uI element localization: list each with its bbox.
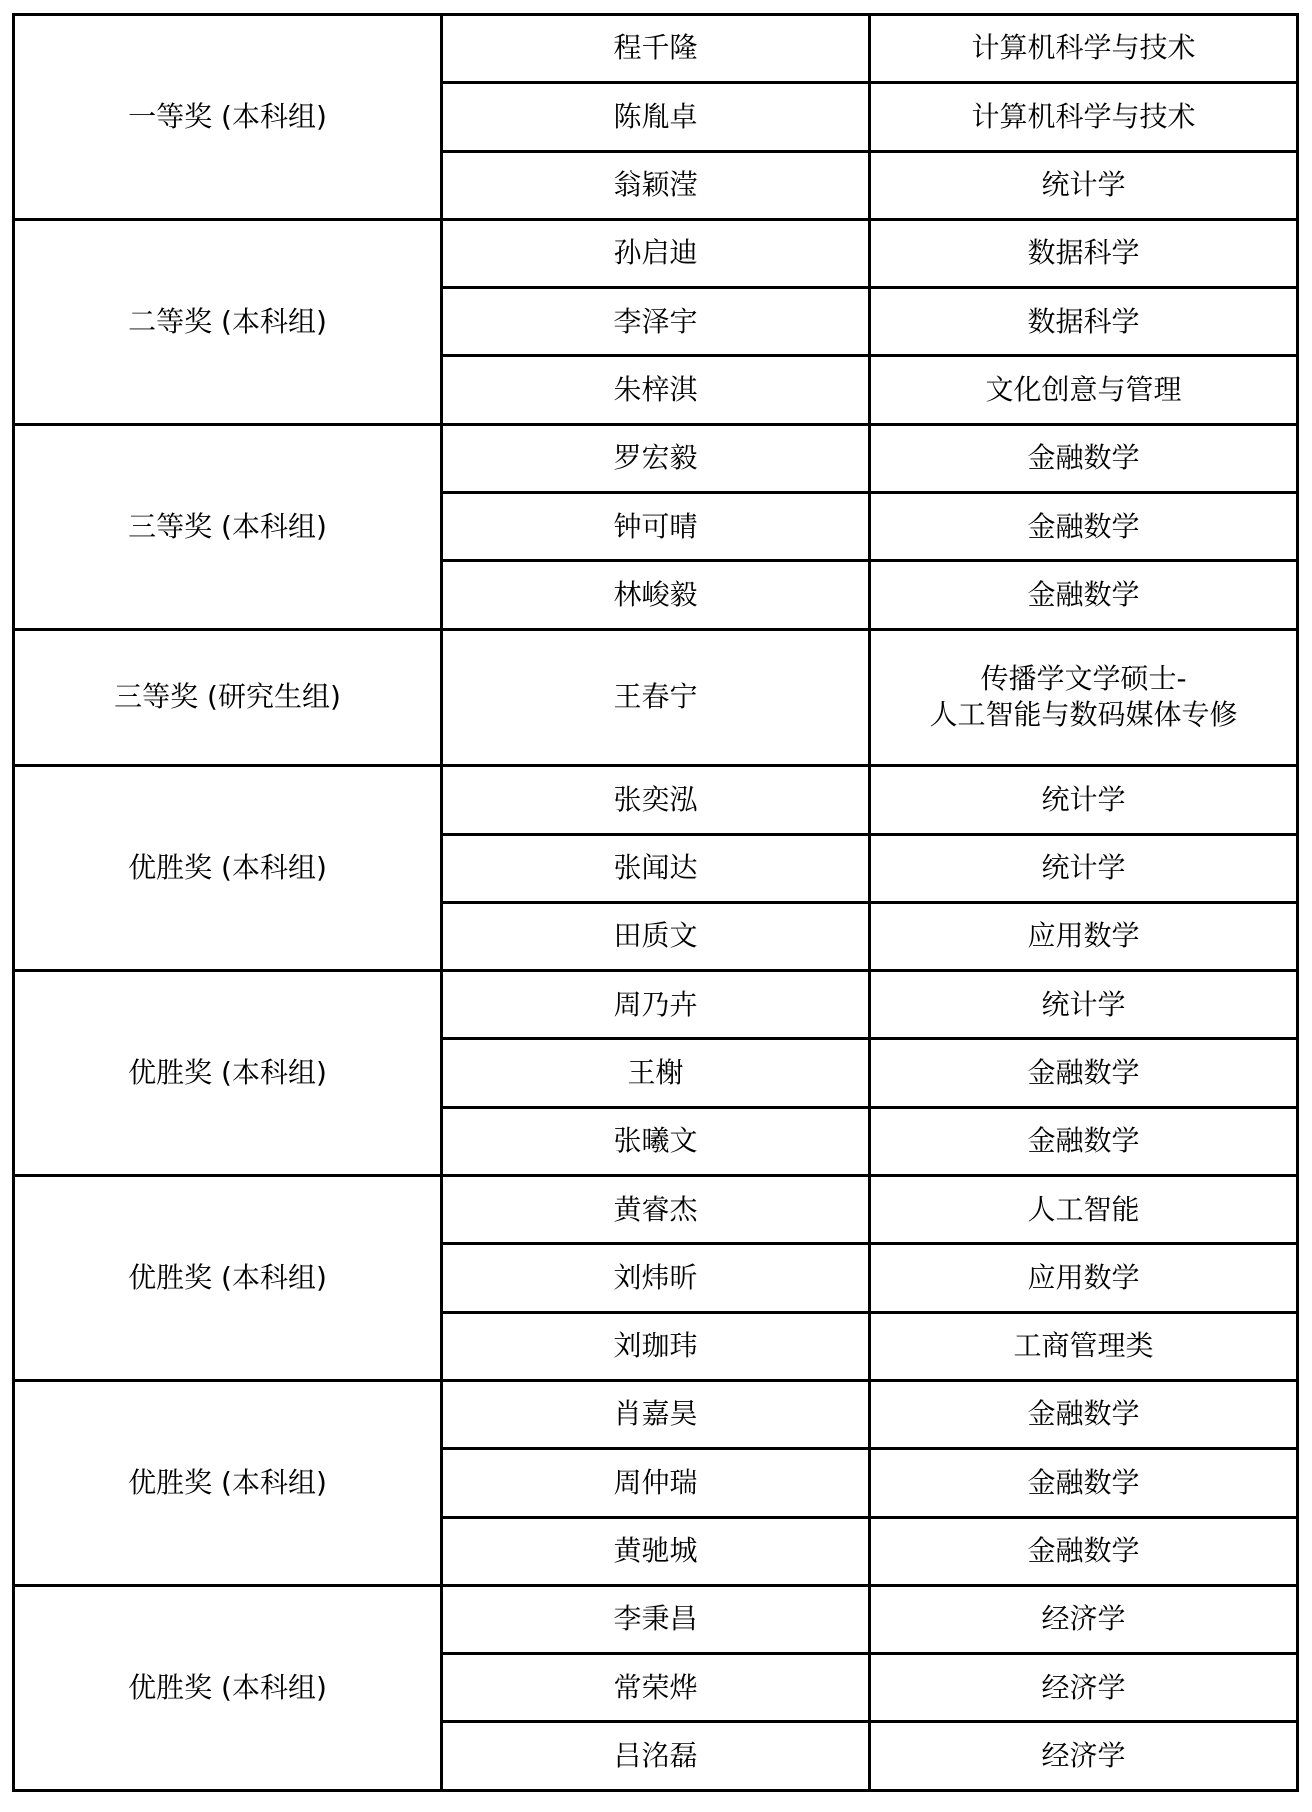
name-cell: 翁颖滢 <box>442 151 870 219</box>
name-cell: 张闻达 <box>442 834 870 902</box>
award-label: 二等奖 (本科组) <box>128 304 327 340</box>
award-cell: 优胜奖 (本科组) <box>14 1176 442 1381</box>
major-line: 人工智能与数码媒体专修 <box>871 697 1296 733</box>
award-cell: 一等奖 (本科组) <box>14 15 442 220</box>
name-cell: 李泽宇 <box>442 288 870 356</box>
major-cell: 数据科学 <box>870 288 1298 356</box>
major-cell: 数据科学 <box>870 219 1298 287</box>
award-label: 三等奖 (本科组) <box>128 509 327 545</box>
award-winners-table: 一等奖 (本科组) 程千隆 计算机科学与技术 陈胤卓 计算机科学与技术 翁颖滢 … <box>12 13 1299 1792</box>
name-cell: 陈胤卓 <box>442 83 870 151</box>
name-cell: 刘珈玮 <box>442 1312 870 1380</box>
major-cell: 金融数学 <box>870 1449 1298 1517</box>
name-cell: 肖嘉昊 <box>442 1380 870 1448</box>
major-cell: 应用数学 <box>870 902 1298 970</box>
table-row: 优胜奖 (本科组) 黄睿杰 人工智能 <box>14 1176 1298 1244</box>
major-cell: 金融数学 <box>870 1517 1298 1585</box>
name-cell: 王春宁 <box>442 629 870 766</box>
award-table-body: 一等奖 (本科组) 程千隆 计算机科学与技术 陈胤卓 计算机科学与技术 翁颖滢 … <box>14 15 1298 1791</box>
major-cell: 金融数学 <box>870 493 1298 561</box>
name-cell: 张奕泓 <box>442 766 870 834</box>
award-cell: 二等奖 (本科组) <box>14 219 442 424</box>
table-row: 二等奖 (本科组) 孙启迪 数据科学 <box>14 219 1298 287</box>
name-cell: 王榭 <box>442 1039 870 1107</box>
name-cell: 周仲瑞 <box>442 1449 870 1517</box>
major-cell: 应用数学 <box>870 1244 1298 1312</box>
name-cell: 吕洺磊 <box>442 1722 870 1790</box>
award-label: 优胜奖 (本科组) <box>128 1465 327 1501</box>
name-cell: 李秉昌 <box>442 1585 870 1653</box>
award-label: 优胜奖 (本科组) <box>128 1260 327 1296</box>
major-cell: 经济学 <box>870 1722 1298 1790</box>
major-line: 传播学文学硕士- <box>871 661 1296 697</box>
award-label: 优胜奖 (本科组) <box>128 1055 327 1091</box>
name-cell: 程千隆 <box>442 15 870 83</box>
major-cell: 经济学 <box>870 1585 1298 1653</box>
major-cell: 人工智能 <box>870 1176 1298 1244</box>
major-cell: 金融数学 <box>870 1380 1298 1448</box>
major-cell: 传播学文学硕士- 人工智能与数码媒体专修 <box>870 629 1298 766</box>
name-cell: 周乃卉 <box>442 971 870 1039</box>
table-row: 三等奖 (研究生组) 王春宁 传播学文学硕士- 人工智能与数码媒体专修 <box>14 629 1298 766</box>
table-row: 三等奖 (本科组) 罗宏毅 金融数学 <box>14 424 1298 492</box>
major-cell: 计算机科学与技术 <box>870 15 1298 83</box>
major-cell: 金融数学 <box>870 424 1298 492</box>
table-row: 优胜奖 (本科组) 李秉昌 经济学 <box>14 1585 1298 1653</box>
name-cell: 常荣烨 <box>442 1654 870 1722</box>
major-cell: 文化创意与管理 <box>870 356 1298 424</box>
major-cell: 统计学 <box>870 151 1298 219</box>
major-cell: 经济学 <box>870 1654 1298 1722</box>
major-cell: 统计学 <box>870 766 1298 834</box>
major-cell: 金融数学 <box>870 1039 1298 1107</box>
award-label: 三等奖 (研究生组) <box>114 679 341 715</box>
major-cell: 工商管理类 <box>870 1312 1298 1380</box>
name-cell: 罗宏毅 <box>442 424 870 492</box>
table-row: 优胜奖 (本科组) 张奕泓 统计学 <box>14 766 1298 834</box>
award-cell: 三等奖 (本科组) <box>14 424 442 629</box>
award-cell: 优胜奖 (本科组) <box>14 766 442 971</box>
name-cell: 刘炜昕 <box>442 1244 870 1312</box>
award-label: 优胜奖 (本科组) <box>128 850 327 886</box>
name-cell: 林峻毅 <box>442 561 870 629</box>
major-cell: 金融数学 <box>870 1107 1298 1175</box>
name-cell: 朱梓淇 <box>442 356 870 424</box>
award-cell: 优胜奖 (本科组) <box>14 971 442 1176</box>
name-cell: 黄驰城 <box>442 1517 870 1585</box>
award-cell: 三等奖 (研究生组) <box>14 629 442 766</box>
major-cell: 统计学 <box>870 971 1298 1039</box>
major-cell: 统计学 <box>870 834 1298 902</box>
table-row: 一等奖 (本科组) 程千隆 计算机科学与技术 <box>14 15 1298 83</box>
name-cell: 张曦文 <box>442 1107 870 1175</box>
award-cell: 优胜奖 (本科组) <box>14 1380 442 1585</box>
name-cell: 田质文 <box>442 902 870 970</box>
table-row: 优胜奖 (本科组) 肖嘉昊 金融数学 <box>14 1380 1298 1448</box>
table-row: 优胜奖 (本科组) 周乃卉 统计学 <box>14 971 1298 1039</box>
award-cell: 优胜奖 (本科组) <box>14 1585 442 1790</box>
award-label: 一等奖 (本科组) <box>128 99 327 135</box>
major-cell: 计算机科学与技术 <box>870 83 1298 151</box>
name-cell: 钟可晴 <box>442 493 870 561</box>
name-cell: 黄睿杰 <box>442 1176 870 1244</box>
name-cell: 孙启迪 <box>442 219 870 287</box>
award-label: 优胜奖 (本科组) <box>128 1670 327 1706</box>
major-cell: 金融数学 <box>870 561 1298 629</box>
